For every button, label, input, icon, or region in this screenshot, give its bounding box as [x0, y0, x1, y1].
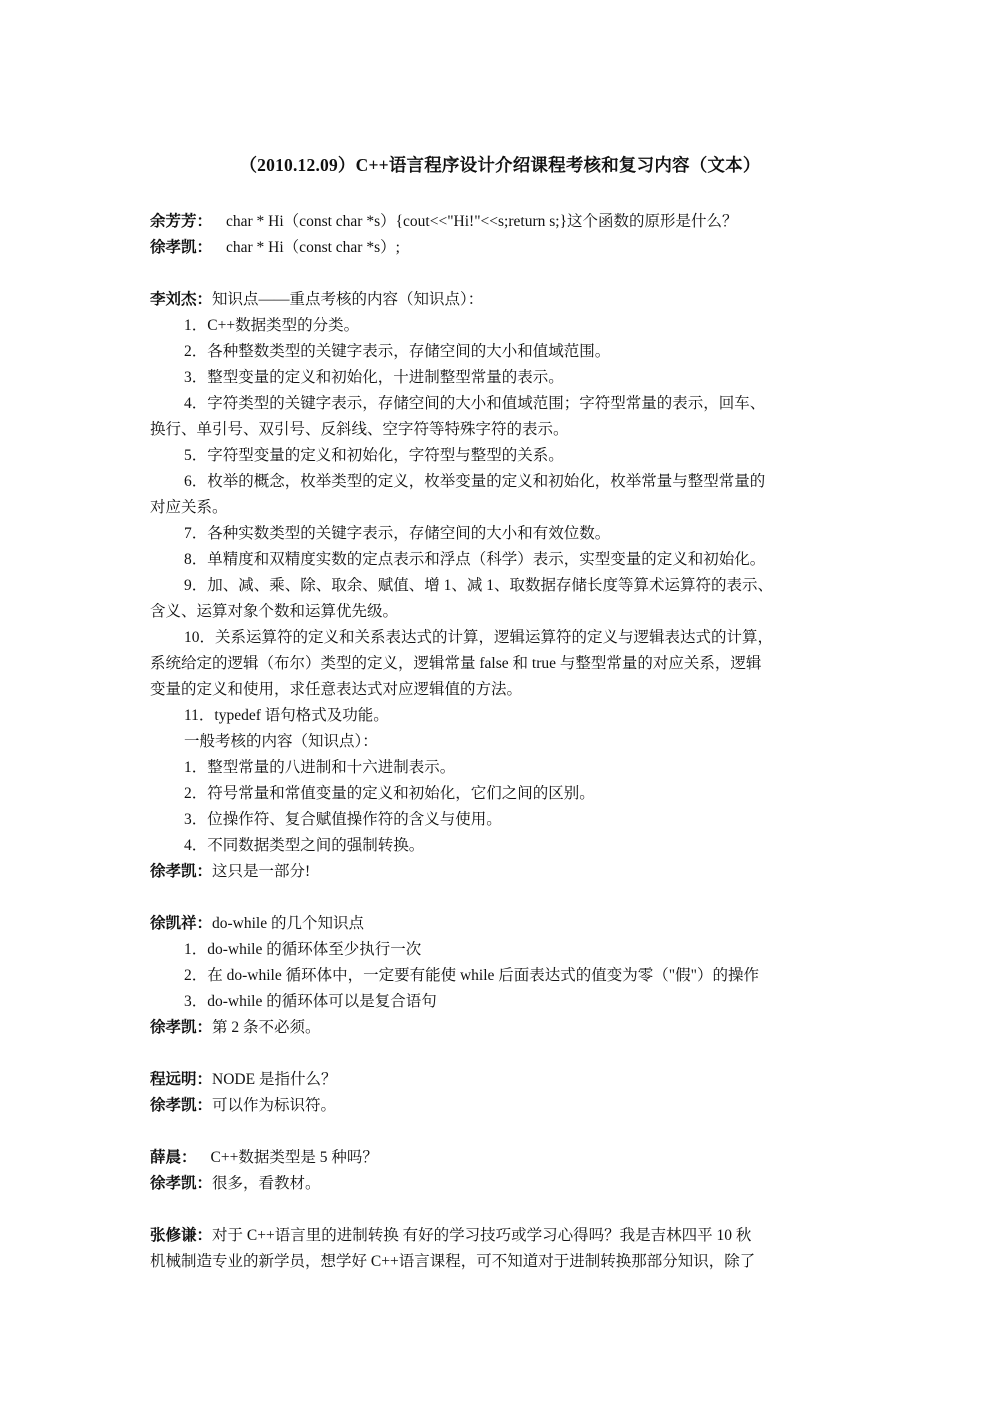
text-line: 1．C++数据类型的分类。 [150, 313, 884, 339]
line-text: 知识点——重点考核的内容（知识点）： [212, 291, 483, 308]
text-line: 换行、单引号、双引号、反斜线、空字符等特殊字符的表示。 [150, 417, 850, 443]
speaker-name: 徐凯祥： [150, 915, 212, 932]
text-line: 2．各种整数类型的关键字表示，存储空间的大小和值域范围。 [150, 339, 884, 365]
line-text: 机械制造专业的新学员，想学好 C++语言课程，可不知道对于进制转换那部分知识，除… [150, 1253, 755, 1270]
document-title: （2010.12.09）C++语言程序设计介绍课程考核和复习内容（文本） [150, 152, 850, 177]
line-text: NODE 是指什么？ [212, 1071, 336, 1088]
speaker-name: 徐孝凯： [150, 863, 212, 880]
speaker-name: 徐孝凯： [150, 1097, 212, 1114]
line-text: C++数据类型是 5 种吗？ [211, 1149, 378, 1166]
dialogue-line: 徐孝凯：这只是一部分! [150, 859, 850, 885]
line-text: 这只是一部分! [212, 863, 310, 880]
text-line: 1．do-while 的循环体至少执行一次 [150, 937, 884, 963]
line-text: 4．字符类型的关键字表示，存储空间的大小和值域范围；字符型常量的表示，回车、 [184, 395, 765, 412]
text-line: 3．位操作符、复合赋值操作符的含义与使用。 [150, 807, 884, 833]
text-line: 系统给定的逻辑（布尔）类型的定义，逻辑常量 false 和 true 与整型常量… [150, 651, 850, 677]
line-text: char * Hi（const char *s）; [226, 239, 400, 256]
line-text: 2．在 do-while 循环体中，一定要有能使 while 后面表达式的值变为… [184, 967, 759, 984]
line-text: 3．整型变量的定义和初始化，十进制整型常量的表示。 [184, 369, 564, 386]
line-text: 4．不同数据类型之间的强制转换。 [184, 837, 424, 854]
text-line: 10．关系运算符的定义和关系表达式的计算，逻辑运算符的定义与逻辑表达式的计算， [150, 625, 884, 651]
speaker-name: 程远明： [150, 1071, 212, 1088]
line-text: 第 2 条不必须。 [212, 1019, 321, 1036]
line-text: 2．符号常量和常值变量的定义和初始化，它们之间的区别。 [184, 785, 595, 802]
line-text: 6．枚举的概念，枚举类型的定义，枚举变量的定义和初始化，枚举常量与整型常量的 [184, 473, 765, 490]
dialogue-line: 徐孝凯：第 2 条不必须。 [150, 1015, 850, 1041]
text-line: 11．typedef 语句格式及功能。 [150, 703, 884, 729]
speaker-name: 张修谦： [150, 1227, 212, 1244]
text-line: 含义、运算对象个数和运算优先级。 [150, 599, 850, 625]
line-text: 变量的定义和使用，求任意表达式对应逻辑值的方法。 [150, 681, 522, 698]
speaker-name: 徐孝凯： [150, 1175, 212, 1192]
line-text: 7．各种实数类型的关键字表示，存储空间的大小和有效位数。 [184, 525, 610, 542]
text-line: 8．单精度和双精度实数的定点表示和浮点（科学）表示，实型变量的定义和初始化。 [150, 547, 884, 573]
dialogue-line: 张修谦：对于 C++语言里的进制转换 有好的学习技巧或学习心得吗？我是吉林四平 … [150, 1223, 850, 1249]
text-line: 对应关系。 [150, 495, 850, 521]
text-line: 4．字符类型的关键字表示，存储空间的大小和值域范围；字符型常量的表示，回车、 [150, 391, 884, 417]
line-text: 换行、单引号、双引号、反斜线、空字符等特殊字符的表示。 [150, 421, 569, 438]
text-line: 3．整型变量的定义和初始化，十进制整型常量的表示。 [150, 365, 884, 391]
dialogue-line: 程远明：NODE 是指什么？ [150, 1067, 850, 1093]
text-line: 一般考核的内容（知识点）： [150, 729, 884, 755]
line-text: 含义、运算对象个数和运算优先级。 [150, 603, 398, 620]
line-text: 3．do-while 的循环体可以是复合语句 [184, 993, 437, 1010]
line-text: 11．typedef 语句格式及功能。 [184, 707, 389, 724]
line-text: 10．关系运算符的定义和关系表达式的计算，逻辑运算符的定义与逻辑表达式的计算， [184, 629, 773, 646]
dialogue-line: 徐孝凯：可以作为标识符。 [150, 1093, 850, 1119]
line-text: 系统给定的逻辑（布尔）类型的定义，逻辑常量 false 和 true 与整型常量… [150, 655, 761, 672]
speaker-name: 李刘杰： [150, 291, 212, 308]
text-line: 机械制造专业的新学员，想学好 C++语言课程，可不知道对于进制转换那部分知识，除… [150, 1249, 850, 1275]
line-text: 可以作为标识符。 [212, 1097, 336, 1114]
dialogue-line: 薛晨：C++数据类型是 5 种吗？ [150, 1145, 850, 1171]
line-text: 2．各种整数类型的关键字表示，存储空间的大小和值域范围。 [184, 343, 610, 360]
speaker-name: 薛晨： [150, 1149, 197, 1166]
line-text: 很多，看教材。 [212, 1175, 321, 1192]
text-line: 6．枚举的概念，枚举类型的定义，枚举变量的定义和初始化，枚举常量与整型常量的 [150, 469, 884, 495]
line-text: 1．do-while 的循环体至少执行一次 [184, 941, 421, 958]
line-text: char * Hi（const char *s）{cout<<"Hi!"<<s;… [226, 213, 738, 230]
line-text: 对应关系。 [150, 499, 228, 516]
text-line: 2．在 do-while 循环体中，一定要有能使 while 后面表达式的值变为… [150, 963, 884, 989]
text-line: 变量的定义和使用，求任意表达式对应逻辑值的方法。 [150, 677, 850, 703]
line-text: do-while 的几个知识点 [212, 915, 364, 932]
line-text: 1．C++数据类型的分类。 [184, 317, 359, 334]
speaker-name: 余芳芳： [150, 213, 212, 230]
text-line: 3．do-while 的循环体可以是复合语句 [150, 989, 884, 1015]
text-line: 5．字符型变量的定义和初始化，字符型与整型的关系。 [150, 443, 884, 469]
text-line: 9．加、减、乘、除、取余、赋值、增 1、减 1、取数据存储长度等算术运算符的表示… [150, 573, 884, 599]
line-text: 1．整型常量的八进制和十六进制表示。 [184, 759, 455, 776]
line-text: 8．单精度和双精度实数的定点表示和浮点（科学）表示，实型变量的定义和初始化。 [184, 551, 765, 568]
line-text: 3．位操作符、复合赋值操作符的含义与使用。 [184, 811, 502, 828]
dialogue-line: 徐凯祥：do-while 的几个知识点 [150, 911, 850, 937]
dialogue-line: 徐孝凯：很多，看教材。 [150, 1171, 850, 1197]
line-text: 5．字符型变量的定义和初始化，字符型与整型的关系。 [184, 447, 564, 464]
line-text: 一般考核的内容（知识点）： [184, 733, 378, 750]
dialogue-line: 徐孝凯：char * Hi（const char *s）; [150, 235, 850, 261]
line-text: 对于 C++语言里的进制转换 有好的学习技巧或学习心得吗？我是吉林四平 10 秋 [212, 1227, 751, 1244]
line-text: 9．加、减、乘、除、取余、赋值、增 1、减 1、取数据存储长度等算术运算符的表示… [184, 577, 773, 594]
text-line: 1．整型常量的八进制和十六进制表示。 [150, 755, 884, 781]
speaker-name: 徐孝凯： [150, 1019, 212, 1036]
text-line: 7．各种实数类型的关键字表示，存储空间的大小和有效位数。 [150, 521, 884, 547]
dialogue-line: 李刘杰：知识点——重点考核的内容（知识点）： [150, 287, 850, 313]
dialogue-line: 余芳芳：char * Hi（const char *s）{cout<<"Hi!"… [150, 209, 850, 235]
speaker-name: 徐孝凯： [150, 239, 212, 256]
text-line: 4．不同数据类型之间的强制转换。 [150, 833, 884, 859]
text-line: 2．符号常量和常值变量的定义和初始化，它们之间的区别。 [150, 781, 884, 807]
